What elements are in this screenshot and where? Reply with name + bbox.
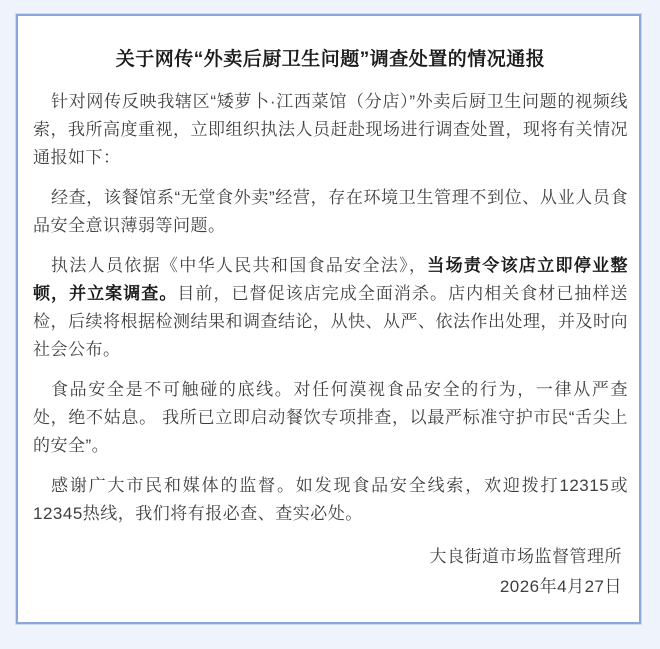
notice-title-text: 关于网传“外卖后厨卫生问题”调查处置的情况通报 xyxy=(116,49,546,70)
issue-date: 2026年4月27日 xyxy=(33,572,622,602)
notice-title: 关于网传“外卖后厨卫生问题”调查处置的情况通报 xyxy=(33,46,628,74)
page-background: { "theme": { "page_background": "#eff4fc… xyxy=(0,0,660,649)
notice-card: 关于网传“外卖后厨卫生问题”调查处置的情况通报 针对网传反映我辖区“矮萝卜·江西… xyxy=(16,14,641,624)
notice-paragraph-1: 针对网传反映我辖区“矮萝卜·江西菜馆（分店）”外卖后厨卫生问题的视频线索，我所高… xyxy=(33,88,628,172)
notice-paragraph-3: 执法人员依据《中华人民共和国食品安全法》，当场责令该店立即停业整顿，并立案调查。… xyxy=(33,252,628,364)
notice-paragraph-5: 感谢广大市民和媒体的监督。如发现食品安全线索，欢迎拨打12315或12345热线… xyxy=(33,472,628,528)
issuing-authority: 大良街道市场监督管理所 xyxy=(33,542,622,572)
signature-block: 大良街道市场监督管理所 2026年4月27日 xyxy=(33,542,628,602)
notice-paragraph-2: 经查，该餐馆系“无堂食外卖”经营，存在环境卫生管理不到位、从业人员食品安全意识薄… xyxy=(33,184,628,240)
notice-paragraph-4: 食品安全是不可触碰的底线。对任何漠视食品安全的行为，一律从严查处，绝不姑息。 我… xyxy=(33,376,628,460)
paragraph-3-lead-text: 执法人员依据《中华人民共和国食品安全法》， xyxy=(51,256,427,275)
